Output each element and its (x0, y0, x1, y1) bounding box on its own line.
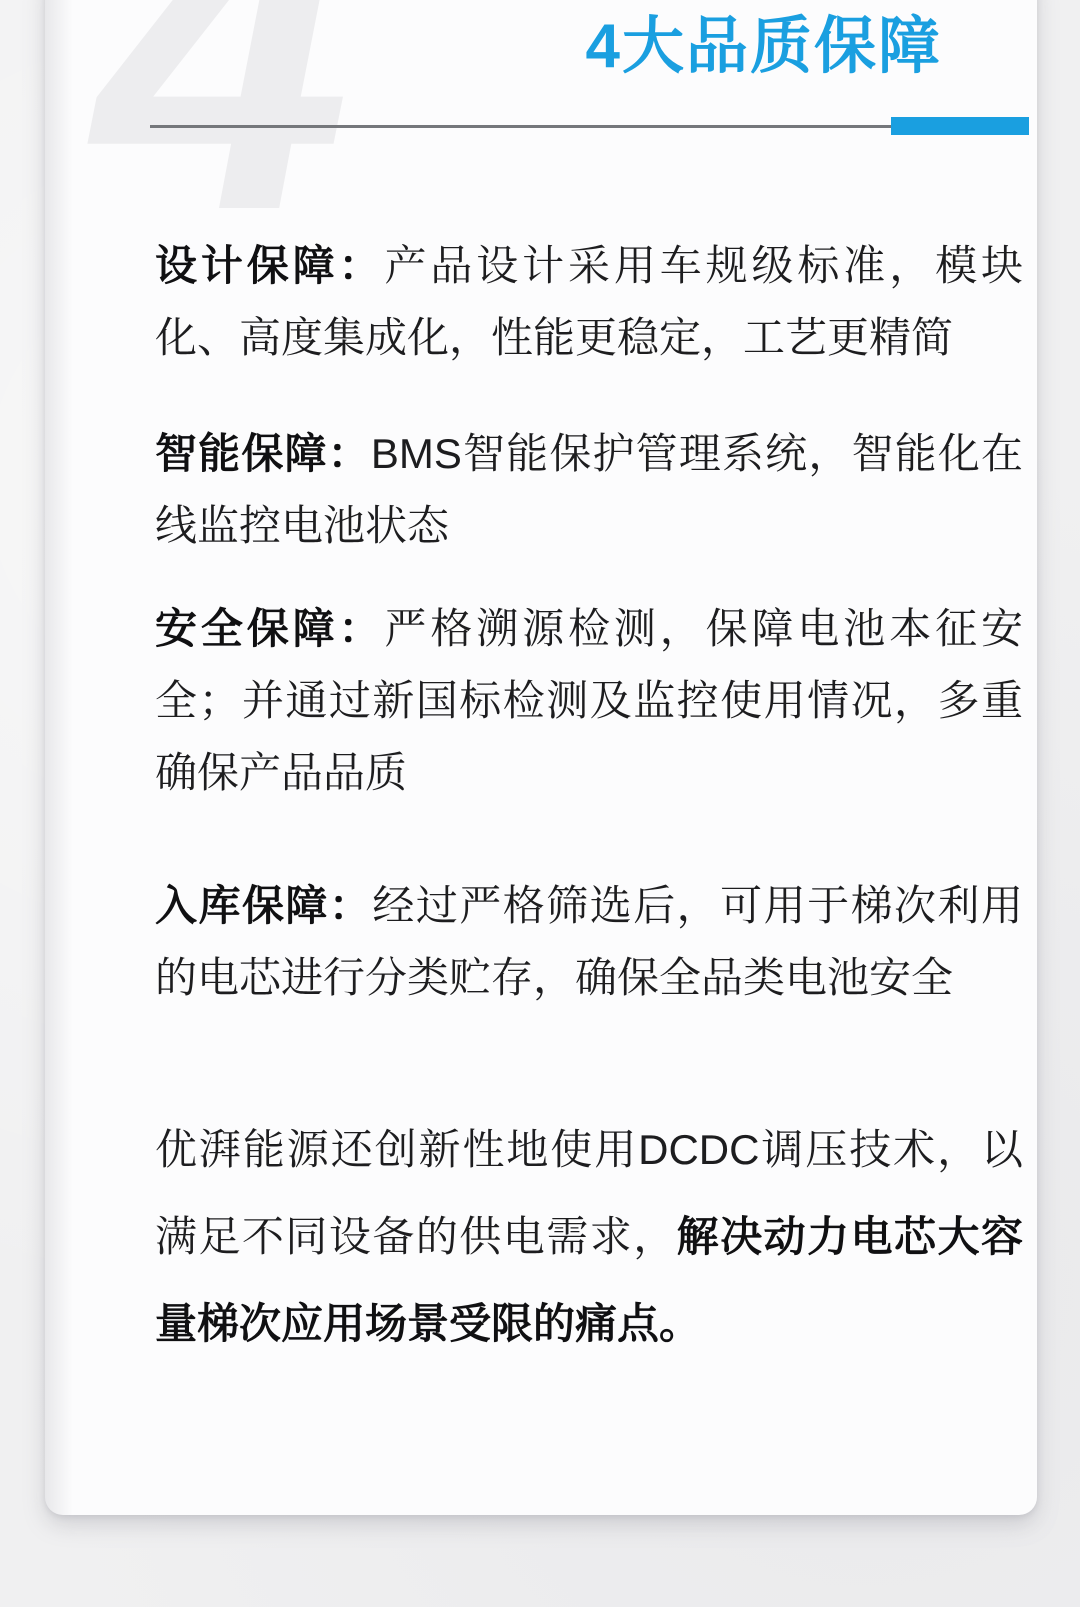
guarantee-item-design: 设计保障：产品设计采用车规级标准，模块化、高度集成化，性能更稳定，工艺更精简 (155, 230, 1023, 374)
closing-paragraph: 优湃能源还创新性地使用DCDC调压技术，以满足不同设备的供电需求，解决动力电芯大… (155, 1106, 1023, 1367)
divider-line (150, 125, 891, 128)
content-card: 4 4大品质保障 设计保障：产品设计采用车规级标准，模块化、高度集成化，性能更稳… (45, 0, 1037, 1515)
guarantee-label: 安全保障： (155, 605, 384, 652)
divider-accent-bar (891, 117, 1029, 135)
guarantee-item-smart: 智能保障：BMS智能保护管理系统，智能化在线监控电池状态 (155, 418, 1023, 562)
guarantee-label: 设计保障： (155, 242, 384, 289)
page-title: 4大品质保障 (586, 0, 942, 85)
guarantee-item-warehousing: 入库保障：经过严格筛选后，可用于梯次利用的电芯进行分类贮存，确保全品类电池安全 (155, 870, 1023, 1014)
guarantee-item-safety: 安全保障：严格溯源检测，保障电池本征安全；并通过新国标检测及监控使用情况，多重确… (155, 593, 1023, 809)
guarantee-label: 入库保障： (155, 882, 372, 929)
guarantee-label: 智能保障： (155, 430, 371, 477)
